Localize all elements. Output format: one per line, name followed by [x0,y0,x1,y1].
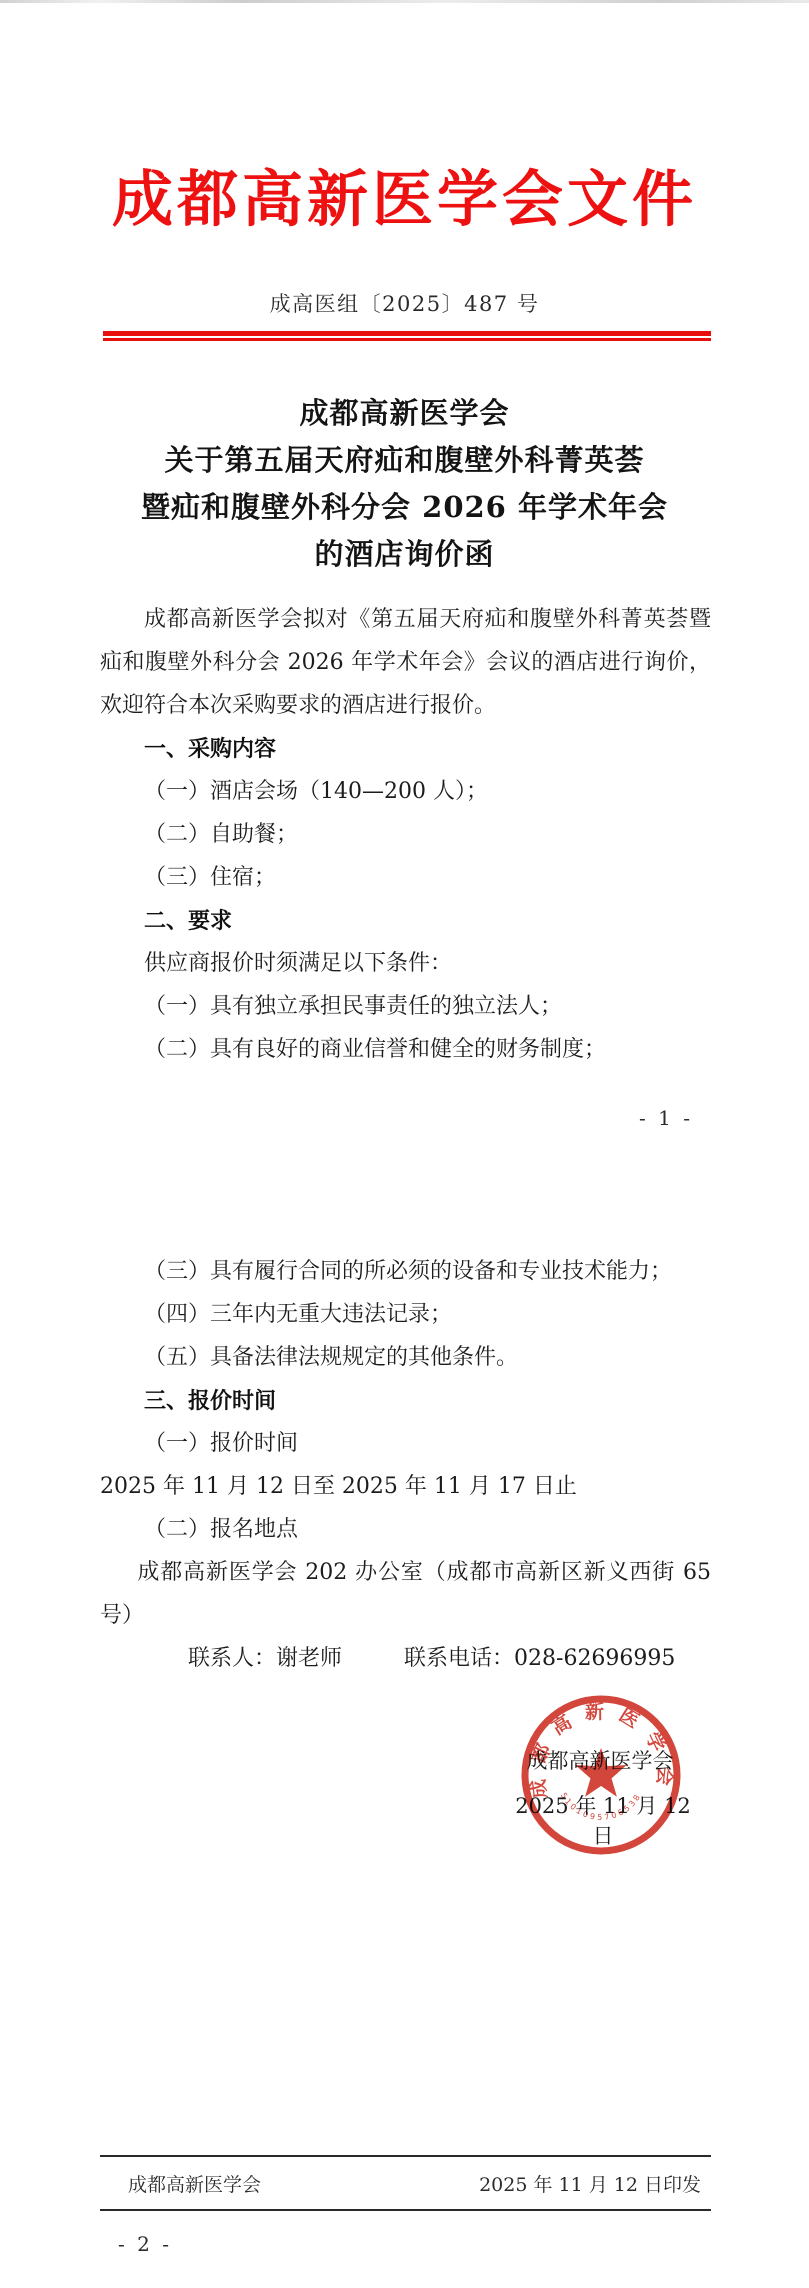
contact-line: 联系人：谢老师联系电话：028-62696995 [100,1637,711,1680]
letterhead-title: 成都高新医学会文件 [0,168,809,234]
red-separator-line [103,331,711,341]
footer: 成都高新医学会 2025 年 11 月 12 日印发 [100,2155,711,2211]
page-number-2: - 2 - [118,2232,172,2256]
sub-heading: （二）报名地点 [100,1508,711,1551]
seal-serial-number: 5101095706538 [559,1791,643,1822]
list-item: （五）具备法律法规规定的其他条件。 [100,1336,711,1379]
list-item: （三）住宿； [100,856,711,899]
page-number-1: - 1 - [100,1106,711,1130]
quote-period: 2025 年 11 月 12 日至 2025 年 11 月 17 日止 [100,1465,711,1508]
page1-body: 成都高新医学会拟对《第五届天府疝和腹壁外科菁英荟暨疝和腹壁外科分会 2026 年… [100,598,711,1071]
document-title: 成都高新医学会 关于第五届天府疝和腹壁外科菁英荟 暨疝和腹壁外科分会 2026 … [60,390,749,578]
contact-person: 联系人：谢老师 [144,1637,342,1680]
title-line: 成都高新医学会 [60,390,749,437]
list-item: （一）酒店会场（140—200 人）； [100,770,711,813]
document-page: 成都高新医学会文件 成高医组〔2025〕487 号 成都高新医学会 关于第五届天… [0,0,809,2288]
official-seal: 成都高新医学会 5101095706538 [516,1690,686,1860]
doc-number: 成高医组〔2025〕487 号 [0,288,809,318]
footer-org: 成都高新医学会 [128,2170,261,2197]
scan-artifact [0,0,809,3]
contact-phone: 联系电话：028-62696995 [404,1646,675,1671]
red-rule-thin [103,338,711,341]
title-line: 暨疝和腹壁外科分会 2026 年学术年会 [60,484,749,531]
list-item: （二）具有良好的商业信誉和健全的财务制度； [100,1028,711,1071]
address: 成都高新医学会 202 办公室（成都市高新区新义西街 65号） [100,1551,711,1637]
footer-print-date: 2025 年 11 月 12 日印发 [479,2170,701,2197]
seal-star-icon [575,1748,626,1797]
title-line: 的酒店询价函 [60,531,749,578]
sub-heading: （一）报价时间 [100,1422,711,1465]
intro-paragraph: 成都高新医学会拟对《第五届天府疝和腹壁外科菁英荟暨疝和腹壁外科分会 2026 年… [100,598,711,727]
list-item: （一）具有独立承担民事责任的独立法人； [100,985,711,1028]
title-line: 关于第五届天府疝和腹壁外科菁英荟 [60,437,749,484]
section2-intro: 供应商报价时须满足以下条件： [100,942,711,985]
section2-heading: 二、要求 [100,899,711,942]
list-item: （三）具有履行合同的所必须的设备和专业技术能力； [100,1250,711,1293]
list-item: （二）自助餐； [100,813,711,856]
list-item: （四）三年内无重大违法记录； [100,1293,711,1336]
section1-heading: 一、采购内容 [100,727,711,770]
section3-heading: 三、报价时间 [100,1379,711,1422]
page2-body: （三）具有履行合同的所必须的设备和专业技术能力； （四）三年内无重大违法记录； … [100,1250,711,1680]
